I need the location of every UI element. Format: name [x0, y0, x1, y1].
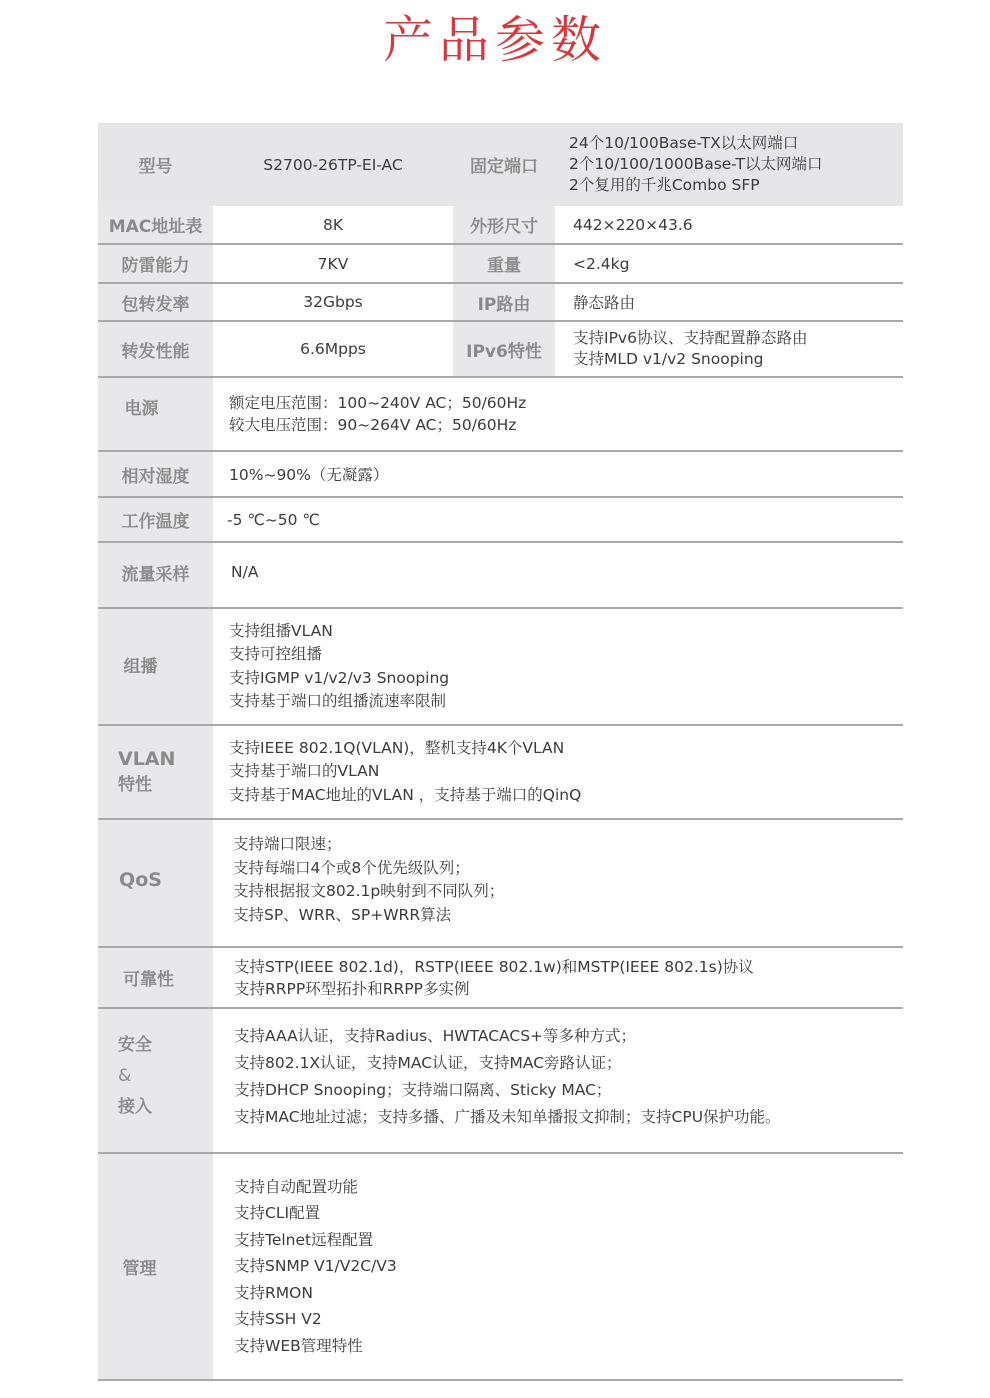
spec-row-surge: 防雷能力 7KV 重量 <2.4kg [98, 245, 903, 284]
page-title: 产品参数 [0, 8, 990, 72]
label-temperature: 工作温度 [98, 498, 213, 541]
label-qos: QoS [98, 820, 213, 946]
label-surge-protection: 防雷能力 [98, 245, 213, 282]
value-humidity: 10%~90%（无凝露） [213, 452, 903, 496]
value-surge-protection: 7KV [213, 245, 453, 282]
spec-row-forwarding-rate: 包转发率 32Gbps IP路由 静态路由 [98, 284, 903, 322]
label-dimensions: 外形尺寸 [453, 206, 555, 243]
label-vlan: VLAN 特性 [98, 726, 213, 818]
value-temperature: -5 ℃~50 ℃ [213, 498, 903, 541]
label-humidity: 相对湿度 [98, 452, 213, 496]
value-qos: 支持端口限速； 支持每端口4个或8个优先级队列； 支持根据报文802.1p映射到… [213, 820, 903, 946]
value-model: S2700-26TP-EI-AC [213, 123, 453, 206]
value-fixed-ports: 24个10/100Base-TX以太网端口 2个10/100/1000Base-… [555, 123, 903, 206]
value-power: 额定电压范围：100~240V AC；50/60Hz 较大电压范围：90~264… [213, 378, 903, 450]
spec-row-traffic-sampling: 流量采样 N/A [98, 543, 903, 609]
value-security-access: 支持AAA认证，支持Radius、HWTACACS+等多种方式； 支持802.1… [213, 1009, 903, 1152]
label-ip-routing: IP路由 [453, 284, 555, 320]
value-weight: <2.4kg [555, 245, 903, 282]
spec-row-multicast: 组播 支持组播VLAN 支持可控组播 支持IGMP v1/v2/v3 Snoop… [98, 609, 903, 726]
spec-row-management: 管理 支持自动配置功能 支持CLI配置 支持Telnet远程配置 支持SNMP … [98, 1154, 903, 1381]
value-forwarding-performance: 6.6Mpps [213, 322, 453, 376]
label-reliability: 可靠性 [98, 948, 213, 1007]
label-power: 电源 [98, 378, 213, 450]
value-switching-capacity: 32Gbps [213, 284, 453, 320]
spec-row-temperature: 工作温度 -5 ℃~50 ℃ [98, 498, 903, 543]
spec-table: 型号 S2700-26TP-EI-AC 固定端口 24个10/100Base-T… [98, 123, 903, 1381]
label-multicast: 组播 [98, 609, 213, 724]
label-weight: 重量 [453, 245, 555, 282]
value-traffic-sampling: N/A [213, 543, 903, 607]
value-ip-routing: 静态路由 [555, 284, 903, 320]
label-mac-table: MAC地址表 [98, 206, 213, 243]
spec-row-vlan: VLAN 特性 支持IEEE 802.1Q(VLAN)，整机支持4K个VLAN … [98, 726, 903, 820]
value-dimensions: 442×220×43.6 [555, 206, 903, 243]
spec-row-qos: QoS 支持端口限速； 支持每端口4个或8个优先级队列； 支持根据报文802.1… [98, 820, 903, 948]
spec-row-humidity: 相对湿度 10%~90%（无凝露） [98, 452, 903, 498]
label-model: 型号 [98, 123, 213, 206]
label-traffic-sampling: 流量采样 [98, 543, 213, 607]
spec-row-forwarding-performance: 转发性能 6.6Mpps IPv6特性 支持IPv6协议、支持配置静态路由 支持… [98, 322, 903, 378]
value-multicast: 支持组播VLAN 支持可控组播 支持IGMP v1/v2/v3 Snooping… [213, 609, 903, 724]
value-management: 支持自动配置功能 支持CLI配置 支持Telnet远程配置 支持SNMP V1/… [213, 1154, 903, 1379]
label-forwarding-performance: 转发性能 [98, 322, 213, 376]
spec-row-reliability: 可靠性 支持STP(IEEE 802.1d)，RSTP(IEEE 802.1w)… [98, 948, 903, 1009]
label-switching-capacity: 包转发率 [98, 284, 213, 320]
value-reliability: 支持STP(IEEE 802.1d)，RSTP(IEEE 802.1w)和MST… [213, 948, 903, 1007]
spec-row-security-access: 安全 & 接入 支持AAA认证，支持Radius、HWTACACS+等多种方式；… [98, 1009, 903, 1154]
label-fixed-ports: 固定端口 [453, 123, 555, 206]
value-vlan: 支持IEEE 802.1Q(VLAN)，整机支持4K个VLAN 支持基于端口的V… [213, 726, 903, 818]
spec-row-mac-table: MAC地址表 8K 外形尺寸 442×220×43.6 [98, 206, 903, 245]
value-mac-table: 8K [213, 206, 453, 243]
value-ipv6: 支持IPv6协议、支持配置静态路由 支持MLD v1/v2 Snooping [555, 322, 903, 376]
label-ipv6: IPv6特性 [453, 322, 555, 376]
label-security-access: 安全 & 接入 [98, 1009, 213, 1152]
spec-row-model: 型号 S2700-26TP-EI-AC 固定端口 24个10/100Base-T… [98, 123, 903, 206]
label-management: 管理 [98, 1154, 213, 1379]
spec-row-power: 电源 额定电压范围：100~240V AC；50/60Hz 较大电压范围：90~… [98, 378, 903, 452]
